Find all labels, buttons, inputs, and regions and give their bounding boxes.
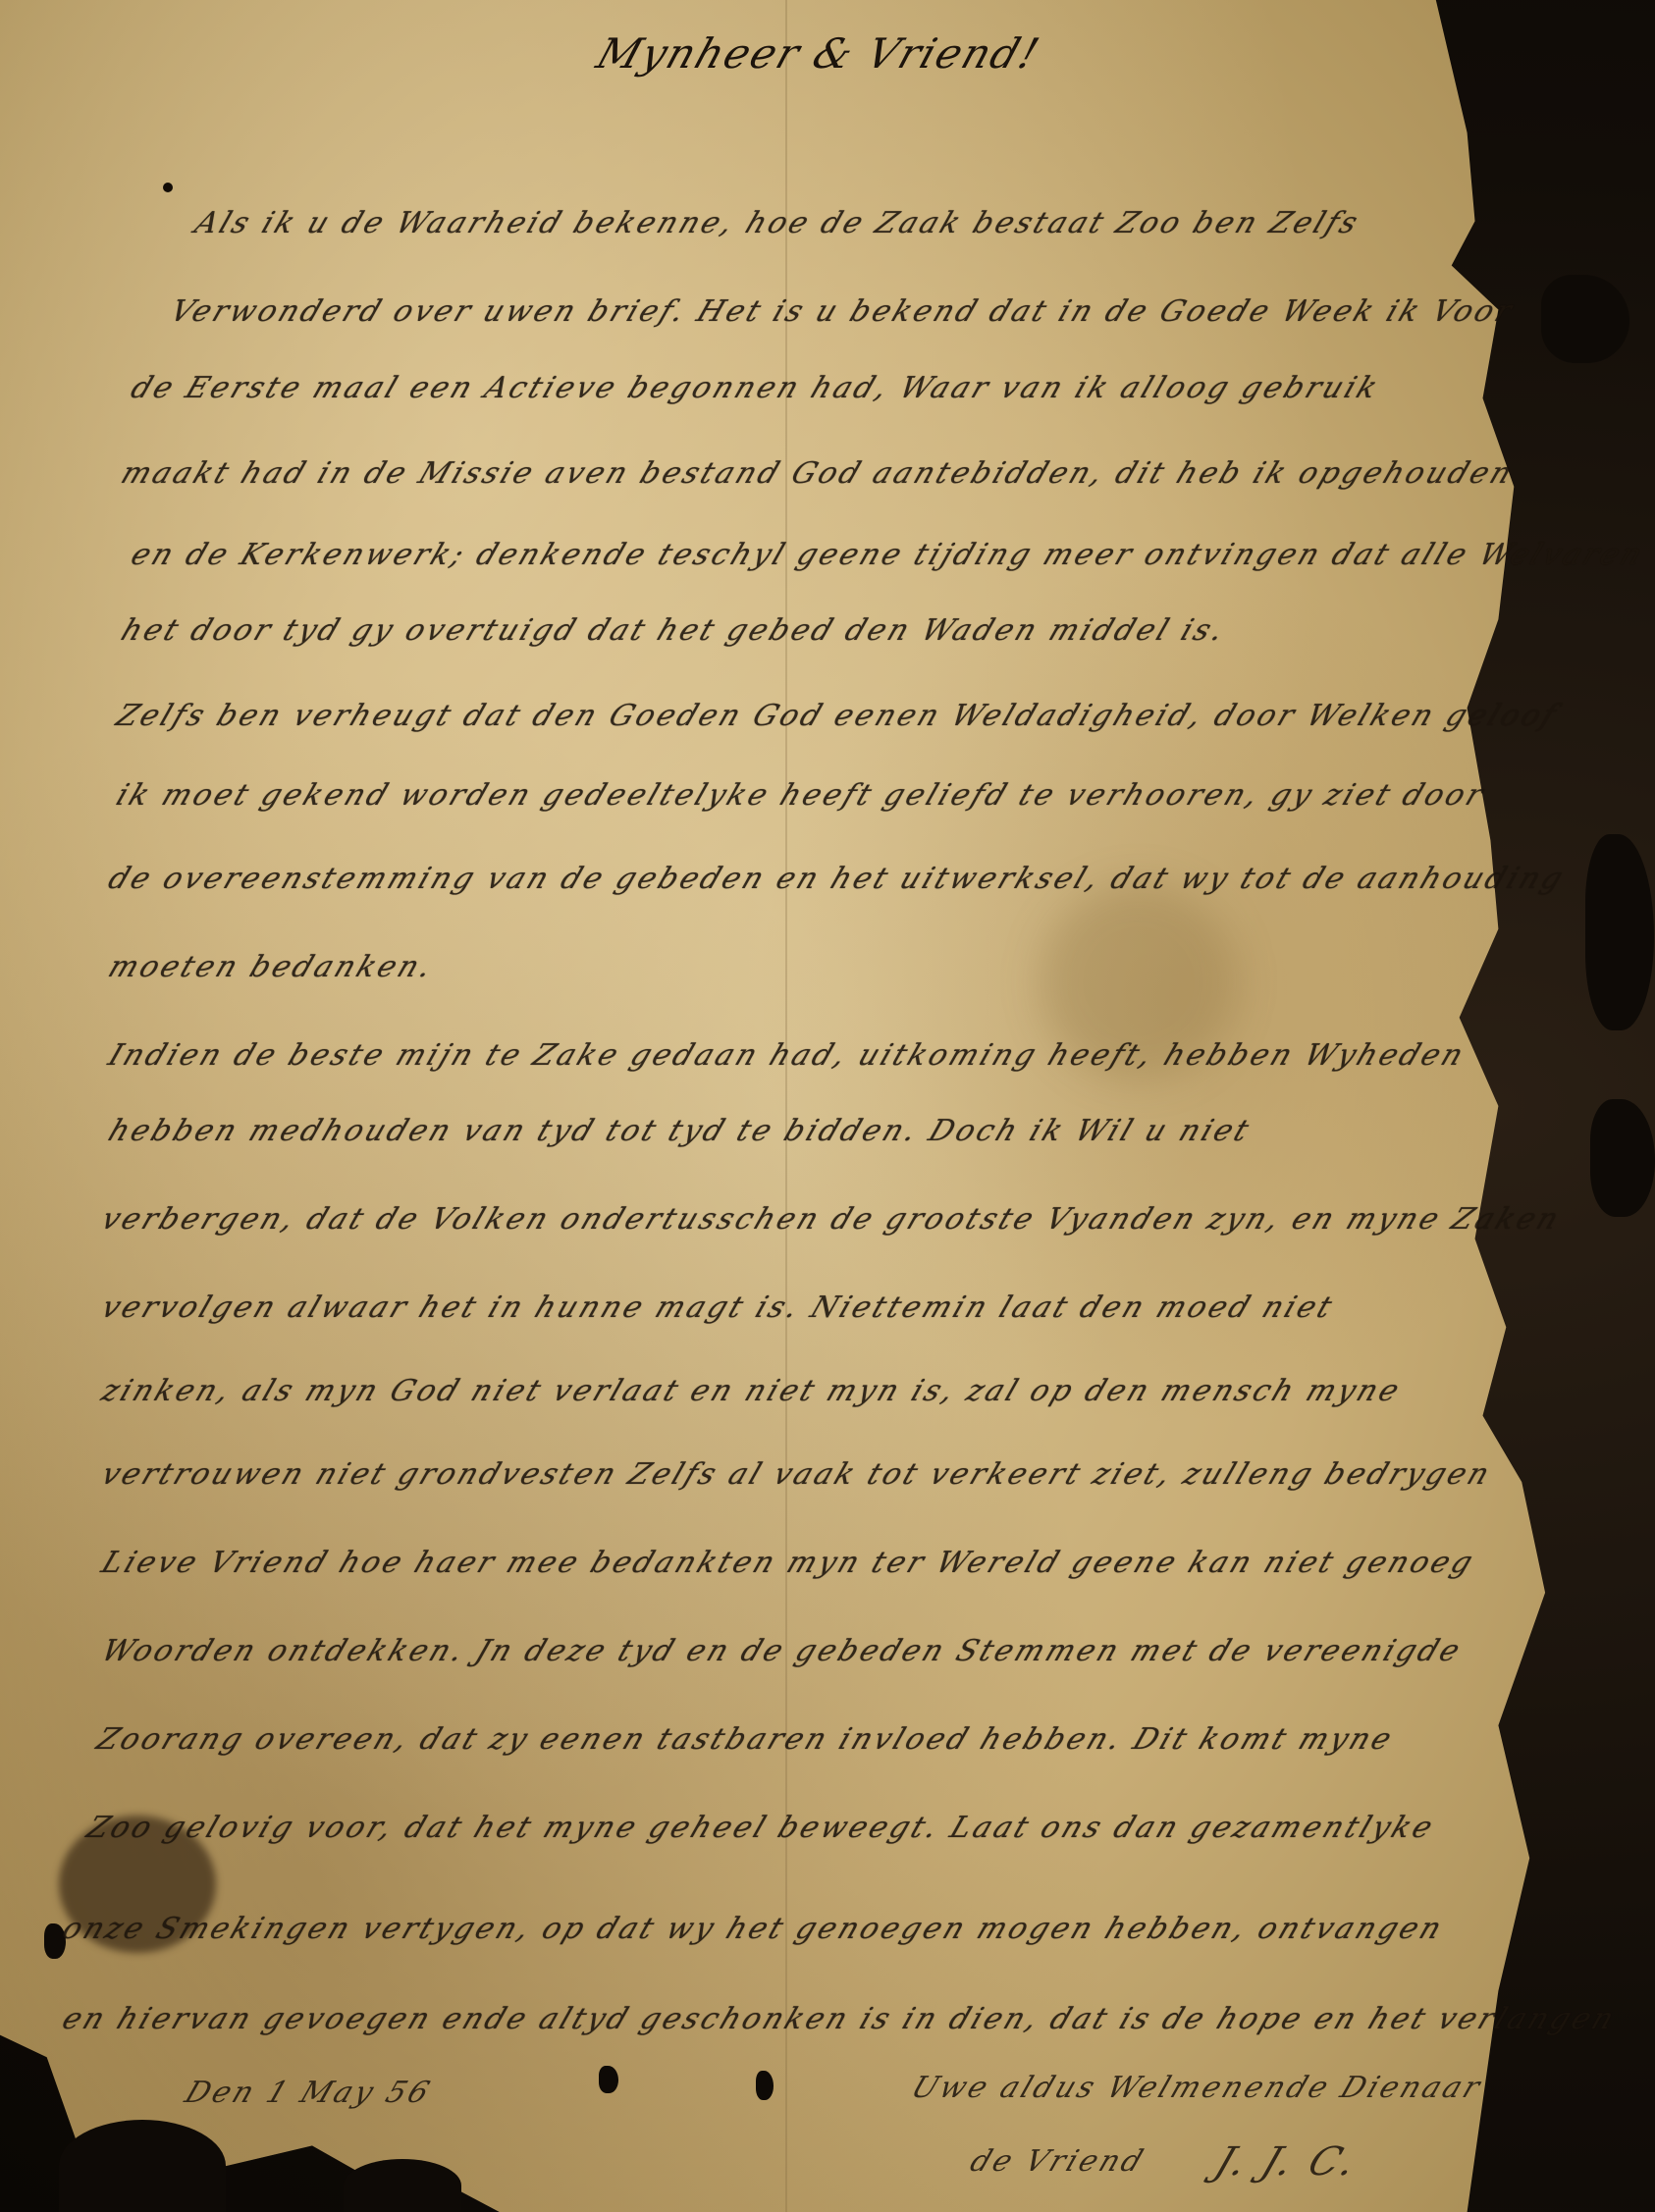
letter-line: het door tyd gy overtuigd dat het gebed …	[117, 613, 1232, 648]
friend-line: de Vriend	[966, 2144, 1150, 2179]
letter-line: en de Kerkenwerk; denkende teschyl geene…	[127, 538, 1650, 572]
letter-line: moeten bedanken.	[104, 950, 440, 984]
letter-line: onze Smekingen vertygen, op dat wy het g…	[58, 1912, 1449, 1946]
letter-line: Indien de beste mijn te Zake gedaan had,…	[104, 1038, 1470, 1073]
letter-line: de overeenstemming van de gebeden en het…	[104, 862, 1571, 896]
letter-date: Den 1 May 56	[181, 2076, 437, 2110]
salutation: Mynheer & Vriend!	[591, 29, 1046, 78]
letter-line: Lieve Vriend hoe haer mee bedankten myn …	[97, 1546, 1480, 1580]
letter-line: Als ik u de Waarheid bekenne, hoe de Zaa…	[190, 206, 1365, 240]
letter-line: hebben medhouden van tyd tot tyd te bidd…	[104, 1114, 1256, 1148]
letter-line: Verwonderd over uwen brief. Het is u bek…	[166, 294, 1520, 329]
letter-line: verbergen, dat de Volken ondertusschen d…	[97, 1202, 1567, 1237]
letter-line: Woorden ontdekken. Jn deze tyd en de geb…	[97, 1634, 1468, 1668]
letter-line: Zoo gelovig voor, dat het myne geheel be…	[82, 1811, 1440, 1845]
letter-line: ik moet gekend worden gedeeltelyke heeft…	[112, 778, 1491, 813]
signature: J. J. C.	[1209, 2139, 1365, 2185]
letter-line: zinken, als myn God niet verlaat en niet…	[97, 1374, 1407, 1408]
letter-line: Zelfs ben verheugt dat den Goeden God ee…	[112, 699, 1564, 733]
letter-line: de Eerste maal een Actieve begonnen had,…	[127, 371, 1385, 405]
handwritten-letter: Mynheer & Vriend! Als ik u de Waarheid b…	[0, 0, 1655, 2212]
letter-line: maakt had in de Missie aven bestand God …	[117, 456, 1520, 491]
letter-line: Zoorang overeen, dat zy eenen tastbaren …	[92, 1722, 1399, 1757]
letter-line: en hiervan gevoegen ende altyd geschonke…	[58, 2002, 1622, 2036]
letter-line: vervolgen alwaar het in hunne magt is. N…	[97, 1290, 1340, 1325]
letter-line: vertrouwen niet grondvesten Zelfs al vaa…	[97, 1457, 1497, 1492]
valediction: Uwe aldus Welmenende Dienaar	[907, 2071, 1488, 2105]
